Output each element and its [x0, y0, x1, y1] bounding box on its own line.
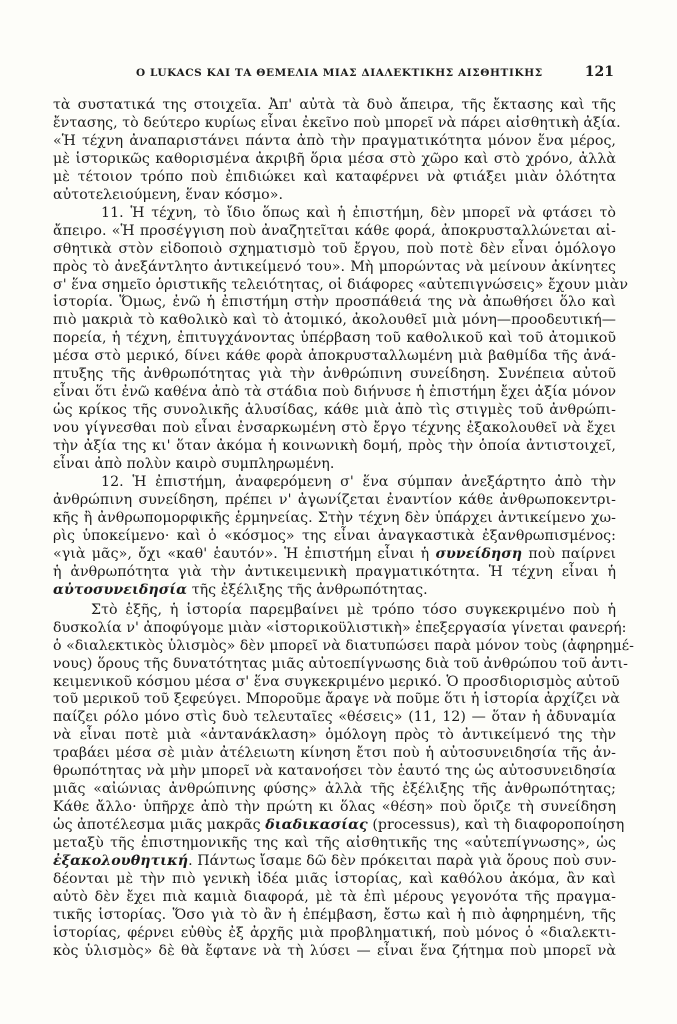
text-span: . Πάντως ἴσαμε δῶ δὲν πρόκειται παρὰ γιὰ…: [188, 853, 616, 869]
text-line: δυσκολία ν' ἀποφύγομε μιὰν «ἱστορικοϋλισ…: [53, 620, 616, 638]
text-line: εἶναι ἀπὸ πολὺν καιρὸ συμπληρωμένη.: [53, 456, 616, 474]
text-line: τικῆς ἱστορίας. Ὅσο γιὰ τὸ ἂν ἡ ἐπέμβαση…: [53, 907, 616, 925]
text-line: ὡς κρίκος τῆς συνολικῆς ἁλυσίδας, κάθε μ…: [53, 402, 616, 420]
text-line: κειμενικοῦ κόσμου μέσα σ' ἕνα συγκεκριμέ…: [53, 674, 616, 692]
text-line: δέονται μὲ τὴν πιὸ γενικὴ ἰδέα μιᾶς ἱστο…: [53, 871, 616, 889]
text-line: ἡ ἀνθρωπότητα γιὰ τὴν ἀντικειμενικὴ πραγ…: [53, 564, 616, 582]
text-span: ποὺ παίρνει: [528, 546, 616, 562]
emphasis-text: συνείδηση: [435, 546, 522, 562]
emphasis-text: αὐτοσυνειδησία: [53, 582, 187, 598]
text-line: 11. Ἡ τέχνη, τὸ ἴδιο ὅπως καὶ ἡ ἐπιστήμη…: [53, 205, 616, 223]
text-line: ἱστορία. Ὅμως, ἐνῶ ἡ ἐπιστήμη στὴν προσπ…: [53, 294, 616, 312]
text-span: ὡς ἀποτέλεσμα μιᾶς μακρᾶς: [53, 817, 261, 833]
text-line: πτυξης τῆς ἀνθρωπότητας γιὰ τὴν ἀνθρώπιν…: [53, 366, 616, 384]
paragraph-thesis-12: 12. Ἡ ἐπιστήμη, ἀναφερόμενη σ' ἕνα σύμπα…: [53, 474, 616, 600]
text-line: τὰ συστατικά της στοιχεῖα. Ἀπ' αὐτὰ τὰ δ…: [53, 97, 616, 115]
text-line: μὲ ἱστορικῶς καθορισμένα ἀκριβῆ ὅρια μέσ…: [53, 151, 616, 169]
text-line: τραβάει μέσα σὲ μιὰν ἀτέλειωτη κίνηση ἔτ…: [53, 745, 616, 763]
text-line: ἄπειρο. «Ἡ προσέγγιση ποὺ ἀναζητεῖται κά…: [53, 223, 616, 241]
text-line: «γιὰ μᾶς», ὄχι «καθ' ἑαυτόν». Ἡ ἐπιστήμη…: [53, 546, 616, 564]
text-line: 12. Ἡ ἐπιστήμη, ἀναφερόμενη σ' ἕνα σύμπα…: [53, 474, 616, 492]
text-span: τῆς ἐξέλιξης τῆς ἀνθρωπότητας.: [192, 582, 428, 598]
text-line: κὸς ὑλισμὸς» δὲ θὰ ἔφτανε νὰ τὴ λύσει — …: [53, 943, 616, 961]
text-line: νου γίγνεσθαι ποὺ εἶναι ἐνσαρκωμένη στὸ …: [53, 420, 616, 438]
text-line: ἀνθρώπινη συνείδηση, πρέπει ν' ἀγωνίζετα…: [53, 492, 616, 510]
text-line: θρωπότητας νὰ μὴν μπορεῖ νὰ κατανοήσει τ…: [53, 763, 616, 781]
text-line: ὁ «διαλεκτικὸς ὑλισμὸς» δὲν μπορεῖ νὰ δι…: [53, 638, 616, 656]
paragraph: τὰ συστατικά της στοιχεῖα. Ἀπ' αὐτὰ τὰ δ…: [53, 97, 616, 205]
text-line: Κάθε ἄλλο· ὑπῆρχε ἀπὸ τὴν πρώτη κι ὅλας …: [53, 799, 616, 817]
text-line: ἔντασης, τὸ δεύτερο κυρίως εἶναι ἐκεῖνο …: [53, 115, 616, 133]
text-line: σθητικὰ στὸν εἰδοποιὸ σχηματισμὸ τοῦ ἔργ…: [53, 241, 616, 259]
text-line: νους) ὅρους τῆς δυνατότητας μιᾶς αὐτοεπί…: [53, 656, 616, 674]
text-line: μέσα στὸ μερικό, δίνει κάθε φορὰ ἀποκρυσ…: [53, 348, 616, 366]
text-line: ὡς ἀποτέλεσμα μιᾶς μακρᾶς διαδικασίας (p…: [53, 817, 616, 835]
text-line: τὴν ἀξία της κι' ὅταν ἀκόμα ἡ κοινωνικὴ …: [53, 438, 616, 456]
text-line: Στὸ ἑξῆς, ἡ ἱστορία παρεμβαίνει μὲ τρόπο…: [53, 602, 616, 620]
text-line: ἱστορίας, φέρνει εὐθὺς ἐξ ἀρχῆς μιὰ προβ…: [53, 925, 616, 943]
emphasis-text: ἐξακολουθητική: [53, 853, 188, 869]
text-line: πιὸ μακριὰ τὸ καθολικὸ καὶ τὸ ἀτομικό, ἀ…: [53, 312, 616, 330]
running-head: Ο LUKACS ΚΑΙ ΤΑ ΘΕΜΕΛΙΑ ΜΙΑΣ ΔΙΑΛΕΚΤΙΚΗΣ…: [64, 64, 614, 80]
text-line: εἶναι ὅτι ἐνῶ καθένα ἀπὸ τὰ στάδια ποὺ δ…: [53, 384, 616, 402]
text-line: πορεία, ἡ τέχνη, ἐπιτυγχάνοντας ὑπέρβαση…: [53, 330, 616, 348]
text-line: «Ἡ τέχνη ἀναπαριστάνει πάντα ἀπὸ τὴν πρα…: [53, 133, 616, 151]
text-line: πρὸς τὸ ἀνεξάντλητο ἀντικείμενό του». Μὴ…: [53, 259, 616, 277]
text-line: μὲ τέτοιον τρόπο ποὺ ἐπιδιώκει καὶ καταφ…: [53, 169, 616, 187]
text-line: αὐτὸ δὲν ἔχει πιὰ καμιὰ διαφορά, μὲ τὰ ἐ…: [53, 889, 616, 907]
text-line: ἐξακολουθητική. Πάντως ἴσαμε δῶ δὲν πρόκ…: [53, 853, 616, 871]
text-line: ρὶς ὑποκείμενο· καὶ ὁ «κόσμος» της εἶναι…: [53, 528, 616, 546]
text-line: αὐτοσυνειδησία τῆς ἐξέλιξης τῆς ἀνθρωπότ…: [53, 582, 616, 600]
text-line: αὐτοτελειούμενη, ἕναν κόσμο».: [53, 187, 616, 205]
text-line: τοῦ μερικοῦ τοῦ ξεφεύγει. Μποροῦμε ἄραγε…: [53, 691, 616, 709]
paragraph: Στὸ ἑξῆς, ἡ ἱστορία παρεμβαίνει μὲ τρόπο…: [53, 602, 616, 961]
text-line: νὰ εἶναι ποτὲ μιὰ «ἀντανάκλαση» ὁμόλογη …: [53, 727, 616, 745]
text-line: σ' ἕνα σημεῖο ὁριστικῆς τελειότητας, οἱ …: [53, 277, 616, 295]
text-line: μιᾶς «αἰώνιας ἀνθρώπινης φύσης» ἀλλὰ τῆς…: [53, 781, 616, 799]
text-line: κῆς ἢ ἀνθρωπομορφικῆς ἑρμηνείας. Στὴν τέ…: [53, 510, 616, 528]
text-line: παίζει ρόλο μόνο στὶς δυὸ τελευταῖες «θέ…: [53, 709, 616, 727]
emphasis-text: διαδικασίας: [265, 817, 368, 833]
paragraph-thesis-11: 11. Ἡ τέχνη, τὸ ἴδιο ὅπως καὶ ἡ ἐπιστήμη…: [53, 205, 616, 474]
text-span: (processus), καὶ τὴ διαφοροποίηση: [372, 817, 624, 833]
running-title: Ο LUKACS ΚΑΙ ΤΑ ΘΕΜΕΛΙΑ ΜΙΑΣ ΔΙΑΛΕΚΤΙΚΗΣ…: [64, 67, 585, 79]
text-line: μεταξὺ τῆς ἐπιστημονικῆς της καὶ τῆς αἰσ…: [53, 835, 616, 853]
body-text: τὰ συστατικά της στοιχεῖα. Ἀπ' αὐτὰ τὰ δ…: [53, 97, 616, 961]
text-span: «γιὰ μᾶς», ὄχι «καθ' ἑαυτόν». Ἡ ἐπιστήμη…: [53, 546, 429, 562]
page-number: 121: [585, 64, 614, 80]
